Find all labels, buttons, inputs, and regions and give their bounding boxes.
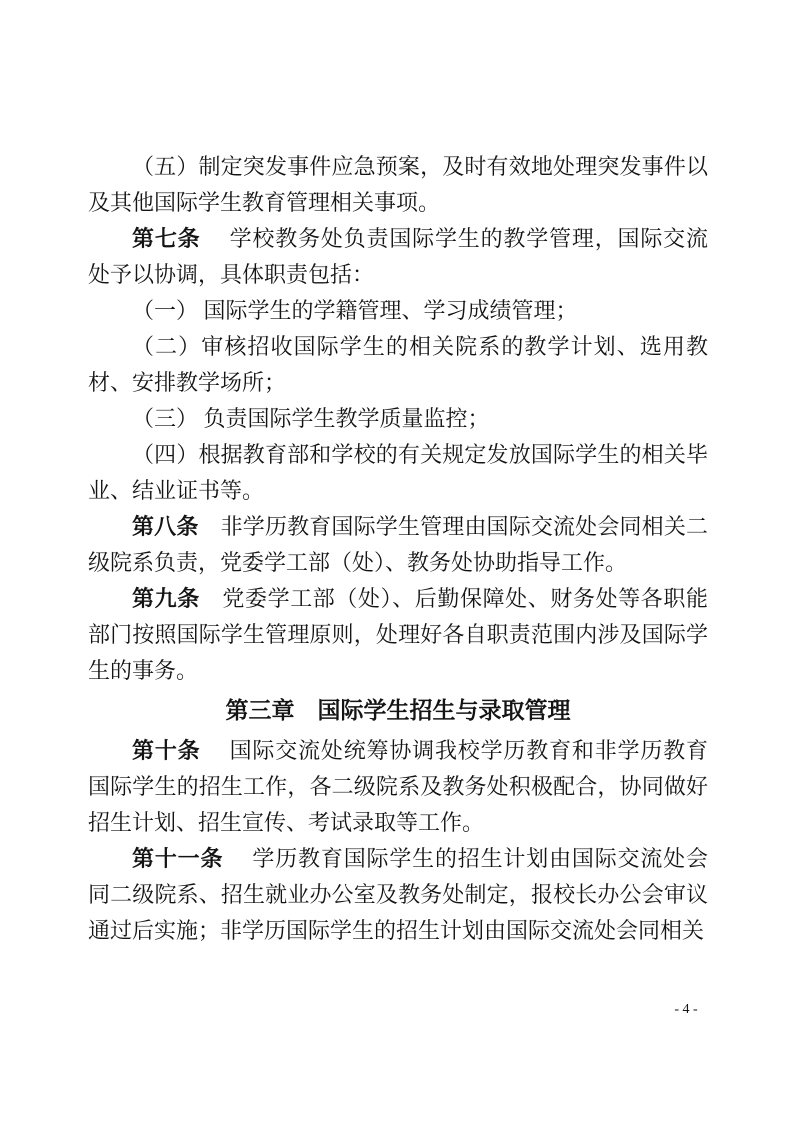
body-paragraph: （一） 国际学生的学籍管理、学习成绩管理； [88,293,708,329]
paragraph-text: （三） 负责国际学生教学质量监控； [132,406,490,431]
paragraph-text: （四）根据教育部和学校的有关规定发放国际学生的相关毕业、结业证书等。 [88,442,708,503]
body-paragraph: 第七条 学校教务处负责国际学生的教学管理，国际交流处予以协调，具体职责包括： [88,221,708,293]
body-paragraph: （五）制定突发事件应急预案，及时有效地处理突发事件以及其他国际学生教育管理相关事… [88,149,708,221]
paragraph-text: （五）制定突发事件应急预案，及时有效地处理突发事件以及其他国际学生教育管理相关事… [88,154,708,215]
body-paragraph: 第八条 非学历教育国际学生管理由国际交流处会同相关二级院系负责，党委学工部（处）… [88,509,708,581]
body-paragraph: 第九条 党委学工部（处）、后勤保障处、财务处等各职能部门按照国际学生管理原则，处… [88,581,708,689]
document-page: （五）制定突发事件应急预案，及时有效地处理突发事件以及其他国际学生教育管理相关事… [0,0,793,1122]
article-number: 第十一条 [132,846,223,871]
chapter-heading: 第三章 国际学生招生与录取管理 [88,693,708,729]
document-body: （五）制定突发事件应急预案，及时有效地处理突发事件以及其他国际学生教育管理相关事… [88,149,708,949]
paragraph-text: （一） 国际学生的学籍管理、学习成绩管理； [132,298,578,323]
article-number: 第十条 [132,738,200,763]
article-number: 第八条 [132,514,198,539]
chapter-heading-text: 第三章 国际学生招生与录取管理 [226,698,571,723]
article-number: 第九条 [132,586,200,611]
body-paragraph: 第十一条 学历教育国际学生的招生计划由国际交流处会同二级院系、招生就业办公室及教… [88,841,708,949]
article-number: 第七条 [132,226,200,251]
paragraph-text: （二）审核招收国际学生的相关院系的教学计划、选用教材、安排教学场所； [88,334,708,395]
body-paragraph: （四）根据教育部和学校的有关规定发放国际学生的相关毕业、结业证书等。 [88,437,708,509]
body-paragraph: （二）审核招收国际学生的相关院系的教学计划、选用教材、安排教学场所； [88,329,708,401]
body-paragraph: （三） 负责国际学生教学质量监控； [88,401,708,437]
page-number: - 4 - [656,1000,716,1020]
body-paragraph: 第十条 国际交流处统筹协调我校学历教育和非学历教育国际学生的招生工作，各二级院系… [88,733,708,841]
